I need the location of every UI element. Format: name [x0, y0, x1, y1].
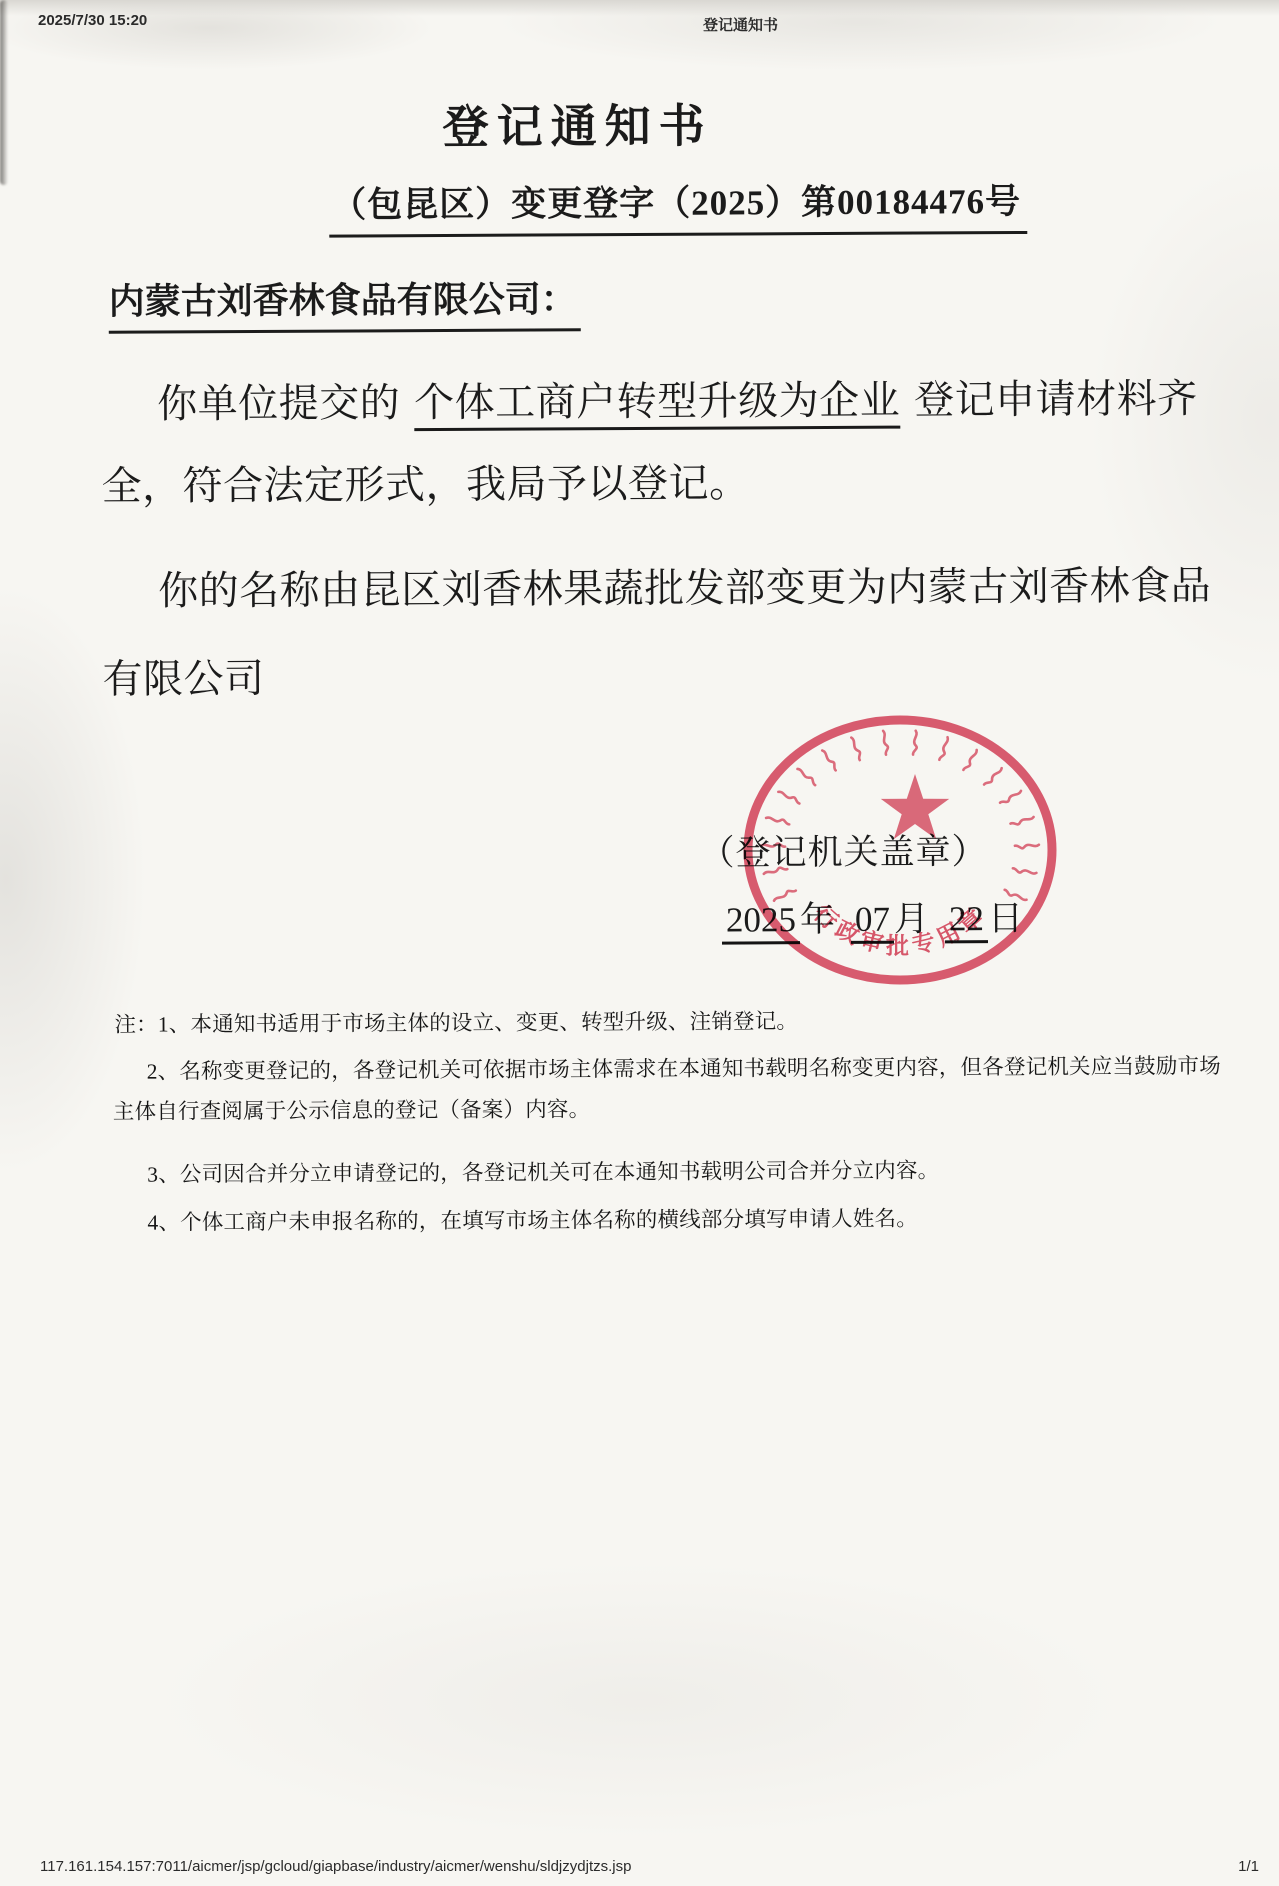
paragraph1-line1: 你单位提交的个体工商户转型升级为企业登记申请材料齐	[157, 367, 1198, 429]
scanned-document-page: 2025/7/30 15:20 登记通知书 登记通知书 （包昆区）变更登字（20…	[0, 0, 1279, 1886]
date-year-unit: 年	[800, 900, 835, 939]
date-year: 2025	[722, 900, 800, 944]
paragraph1-underlined-phrase: 个体工商户转型升级为企业	[414, 378, 900, 432]
print-footer-page-indicator: 1/1	[1238, 1858, 1259, 1875]
note-2-line2: 主体自行查阅属于公示信息的登记（备案）内容。	[113, 1092, 591, 1125]
print-header-title: 登记通知书	[703, 14, 778, 35]
date-month: 07	[851, 900, 894, 944]
paragraph2-line2: 有限公司	[102, 647, 264, 705]
print-footer-url: 117.161.154.157:7011/aicmer/jsp/gcloud/g…	[40, 1858, 631, 1875]
date-day: 22	[945, 899, 988, 943]
paragraph1-rest: 登记申请材料齐	[914, 376, 1198, 422]
date-day-unit: 日	[988, 899, 1023, 938]
document-title: 登记通知书	[443, 90, 713, 157]
paragraph2-line1: 你的名称由昆区刘香林果蔬批发部变更为内蒙古刘香林食品	[158, 554, 1211, 617]
print-header-datetime: 2025/7/30 15:20	[38, 12, 147, 29]
note-2-line1: 2、名称变更登记的，各登记机关可依据市场主体需求在本通知书载明名称变更内容，但各…	[147, 1049, 1221, 1086]
note-4: 4、个体工商户未申报名称的，在填写市场主体名称的横线部分填写申请人姓名。	[147, 1202, 918, 1237]
registration-date: 2025年07月22日	[722, 891, 1023, 943]
paragraph1-lead: 你单位提交的	[157, 380, 400, 426]
date-month-unit: 月	[894, 899, 929, 938]
paragraph1-line2: 全，符合法定形式，我局予以登记。	[101, 451, 749, 511]
document-number: （包昆区）变更登字（2025）第00184476号	[329, 174, 1027, 238]
addressee-company-name: 内蒙古刘香林食品有限公司：	[108, 271, 580, 333]
seal-caption: （登记机关盖章）	[699, 824, 987, 876]
notice-document: 登记通知书 （包昆区）变更登字（2025）第00184476号 内蒙古刘香林食品…	[0, 0, 1279, 1886]
note-1: 注：1、本通知书适用于市场主体的设立、变更、转型升级、注销登记。	[114, 1004, 798, 1039]
note-3: 3、公司因合并分立申请登记的，各登记机关可在本通知书载明公司合并分立内容。	[147, 1153, 939, 1188]
